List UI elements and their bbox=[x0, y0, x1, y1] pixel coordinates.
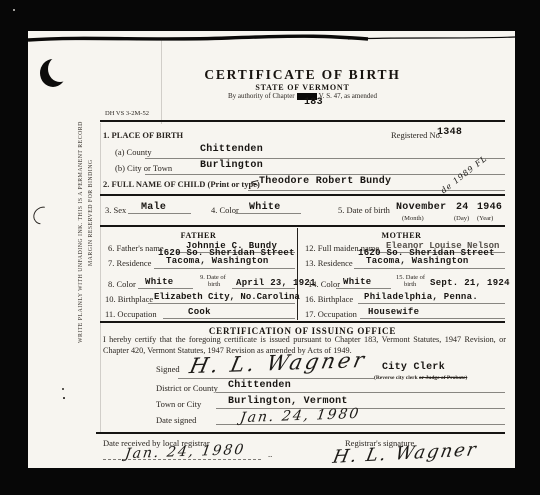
signer-note-struck: or Judge of Probate) bbox=[419, 375, 467, 381]
state-subtitle: STATE OF VERMONT bbox=[100, 83, 505, 92]
registered-no-label: Registered No. bbox=[391, 130, 442, 140]
section-rule bbox=[100, 194, 505, 196]
dust-speck bbox=[13, 9, 15, 11]
field-underline bbox=[163, 318, 295, 319]
father-dob-label-line2: birth bbox=[208, 281, 220, 288]
father-dob-label-line1: 9. Date of bbox=[200, 274, 226, 281]
field-underline bbox=[232, 288, 295, 289]
district-value: Chittenden bbox=[228, 380, 291, 391]
field-underline-dashed bbox=[103, 459, 261, 460]
mother-residence-label: 13. Residence bbox=[305, 258, 353, 268]
field-underline bbox=[154, 268, 295, 269]
city-or-town-value: Burlington bbox=[200, 160, 263, 171]
date-signed-label: Date signed bbox=[156, 415, 196, 425]
county-value: Chittenden bbox=[200, 144, 263, 155]
stray-marks: .. bbox=[268, 449, 272, 459]
mother-birthplace-value: Philadelphia, Penna. bbox=[364, 292, 478, 302]
father-residence-label: 7. Residence bbox=[108, 258, 151, 268]
field-underline bbox=[216, 392, 505, 393]
county-label: (a) County bbox=[115, 147, 152, 157]
authority-prefix: By authority of Chapter bbox=[228, 92, 295, 100]
mother-color-value: White bbox=[343, 277, 372, 287]
sex-value: Male bbox=[141, 202, 166, 213]
registered-no-value: 1348 bbox=[437, 127, 462, 138]
ink-speck bbox=[63, 397, 65, 399]
mother-column-heading: MOTHER bbox=[298, 231, 505, 240]
authority-line: By authority of ChapterV. S. 47, as amen… bbox=[100, 92, 505, 100]
mother-occupation-label: 17. Occupation bbox=[305, 309, 357, 319]
year-caption: (Year) bbox=[477, 215, 493, 222]
father-birthplace-label: 10. Birthplace bbox=[105, 294, 153, 304]
mother-dob-label-line1: 15. Date of bbox=[396, 274, 425, 281]
crescent-inner bbox=[48, 56, 72, 82]
form-code: DH VS 3-2M-52 bbox=[105, 110, 149, 117]
day-caption: (Day) bbox=[454, 215, 469, 222]
signer-note-plain: (Reverse city clerk bbox=[374, 375, 419, 381]
child-name-label: 2. FULL NAME OF CHILD (Print or type) bbox=[103, 179, 260, 189]
town-label: Town or City bbox=[156, 399, 201, 409]
section-rule bbox=[96, 432, 505, 434]
crescent-mark bbox=[40, 59, 70, 89]
dob-month-value: November bbox=[396, 202, 446, 213]
field-underline bbox=[216, 424, 505, 425]
field-underline bbox=[354, 268, 505, 269]
hole-punch-arc bbox=[30, 203, 55, 228]
section-rule bbox=[100, 120, 505, 122]
father-color-value: White bbox=[145, 277, 174, 287]
mother-birthplace-label: 16. Birthplace bbox=[305, 294, 353, 304]
father-column-heading: FATHER bbox=[100, 231, 297, 240]
father-residence-city: Tacoma, Washington bbox=[166, 256, 269, 266]
signed-label: Signed bbox=[156, 364, 180, 374]
place-of-birth-section-label: 1. PLACE OF BIRTH bbox=[103, 130, 183, 140]
certificate-title: CERTIFICATE OF BIRTH bbox=[100, 67, 505, 83]
signer-title: City Clerk bbox=[382, 362, 445, 373]
field-underline bbox=[178, 378, 374, 379]
margin-note-write-plainly: WRITE PLAINLY WITH UNFADING INK. THIS IS… bbox=[78, 143, 84, 343]
child-name-value: Theodore Robert Bundy bbox=[259, 176, 391, 187]
field-underline bbox=[128, 213, 191, 214]
ink-speck bbox=[62, 388, 64, 390]
father-occupation-label: 11. Occupation bbox=[105, 309, 157, 319]
field-underline bbox=[360, 318, 505, 319]
father-dob-value: April 23, 1921 bbox=[236, 278, 316, 288]
margin-note-binding: MARGIN RESERVED FOR BINDING bbox=[88, 166, 94, 266]
field-underline bbox=[235, 213, 301, 214]
date-of-birth-label: 5. Date of birth bbox=[338, 205, 390, 215]
chapter-number-typed: 183 bbox=[304, 97, 323, 108]
mother-dob-label-line2: birth bbox=[404, 281, 416, 288]
sex-label: 3. Sex bbox=[105, 205, 126, 215]
town-value: Burlington, Vermont bbox=[228, 396, 348, 407]
field-underline bbox=[138, 288, 193, 289]
city-or-town-label: (b) City or Town bbox=[115, 163, 172, 173]
field-underline bbox=[358, 303, 505, 304]
dob-day-value: 24 bbox=[456, 202, 469, 213]
father-birthplace-value: Elizabeth City, No.Carolina bbox=[154, 292, 300, 302]
clerk-signature: H. L. Wagner bbox=[187, 348, 369, 378]
scan-edge-artifact bbox=[28, 33, 515, 45]
field-underline bbox=[145, 158, 505, 159]
color-value: White bbox=[249, 202, 281, 213]
field-underline bbox=[248, 190, 505, 191]
birth-certificate-document: WRITE PLAINLY WITH UNFADING INK. THIS IS… bbox=[28, 31, 515, 468]
mother-dob-value: Sept. 21, 1924 bbox=[430, 278, 510, 288]
column-divider bbox=[297, 228, 298, 320]
field-underline bbox=[148, 303, 295, 304]
father-occupation-value: Cook bbox=[188, 307, 211, 317]
dob-year-value: 1946 bbox=[477, 202, 502, 213]
month-caption: (Month) bbox=[402, 215, 424, 222]
mother-residence-city: Tacoma, Washington bbox=[366, 256, 469, 266]
form-left-border bbox=[100, 123, 101, 433]
section-rule bbox=[100, 225, 505, 227]
signer-note: (Reverse city clerk or Judge of Probate) bbox=[374, 375, 467, 381]
authority-suffix: V. S. 47, as amended bbox=[319, 92, 377, 100]
field-underline bbox=[336, 288, 391, 289]
mother-occupation-value: Housewife bbox=[368, 307, 419, 317]
image-viewer-background: WRITE PLAINLY WITH UNFADING INK. THIS IS… bbox=[0, 0, 540, 495]
field-underline bbox=[145, 174, 505, 175]
district-label: District or County bbox=[156, 383, 218, 393]
father-name-label: 6. Father's name bbox=[108, 243, 164, 253]
section-rule bbox=[100, 321, 505, 323]
father-color-label: 8. Color bbox=[108, 279, 136, 289]
